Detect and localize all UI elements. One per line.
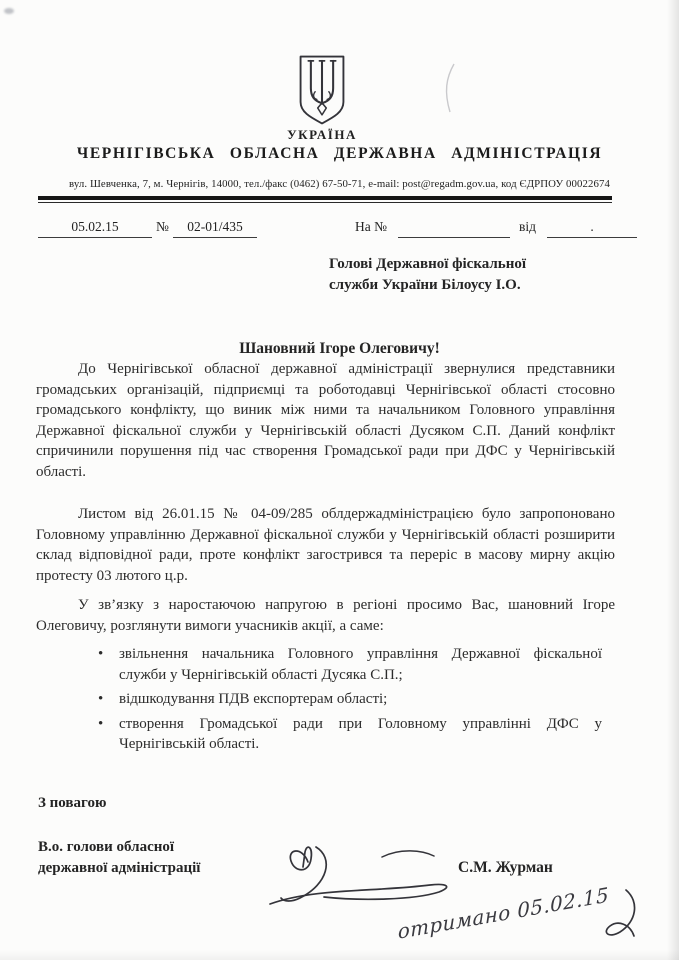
demand-item: звільнення начальника Головного управлін…	[96, 644, 602, 685]
scanned-letter-page: УКРАЇНА ЧЕРНІГІВСЬКА ОБЛАСНА ДЕРЖАВНА АД…	[0, 0, 679, 960]
paragraph-3: У зв’язку з наростаючою напругою в регіо…	[36, 595, 615, 636]
organization-address: вул. Шевченка, 7, м. Чернігів, 14000, те…	[20, 178, 659, 190]
ukraine-trident-emblem-icon	[296, 54, 348, 126]
scan-edge-right	[667, 0, 679, 960]
emblem-caption: УКРАЇНА	[272, 127, 372, 143]
addressee-line1: Голові Державної фіскальної	[329, 254, 559, 275]
paper-crease	[438, 62, 462, 114]
demand-item: створення Громадської ради при Головному…	[96, 714, 602, 755]
addressee-block: Голові Державної фіскальної служби Украї…	[329, 254, 559, 296]
scan-speck	[4, 8, 14, 14]
addressee-line2: служби України Білоусу І.О.	[329, 275, 559, 296]
letterhead-rule-thick	[38, 196, 612, 200]
paragraph-2: Листом від 26.01.15 № 04-09/285 облдержа…	[36, 504, 615, 586]
reply-date-blank: .	[547, 219, 637, 238]
scan-edge-bottom	[0, 950, 679, 960]
number-sign: №	[156, 219, 172, 237]
demand-item: відшкодування ПДВ експортерам області;	[96, 689, 602, 710]
reply-from-label: від	[519, 219, 543, 237]
organization-name: ЧЕРНІГІВСЬКА ОБЛАСНА ДЕРЖАВНА АДМІНІСТРА…	[30, 145, 649, 163]
reply-number-blank	[398, 219, 510, 238]
letter-date: 05.02.15	[38, 219, 152, 238]
paragraph-1: До Чернігівської обласної державної адмі…	[36, 359, 615, 483]
demands-list: звільнення начальника Головного управлін…	[96, 644, 602, 759]
signer-position-line2: державної адміністрації	[38, 858, 268, 879]
salutation: Шановний Ігоре Олеговичу!	[40, 340, 639, 358]
letterhead-rule-thin	[38, 202, 612, 203]
signer-position: В.о. голови обласної державної адміністр…	[38, 837, 268, 878]
regards-line: З повагою	[38, 795, 106, 812]
reply-to-label: На №	[355, 219, 395, 237]
handwritten-signature	[262, 840, 487, 918]
signer-position-line1: В.о. голови обласної	[38, 837, 268, 858]
handwritten-note-flourish	[596, 888, 648, 948]
letter-number: 02-01/435	[173, 219, 257, 238]
